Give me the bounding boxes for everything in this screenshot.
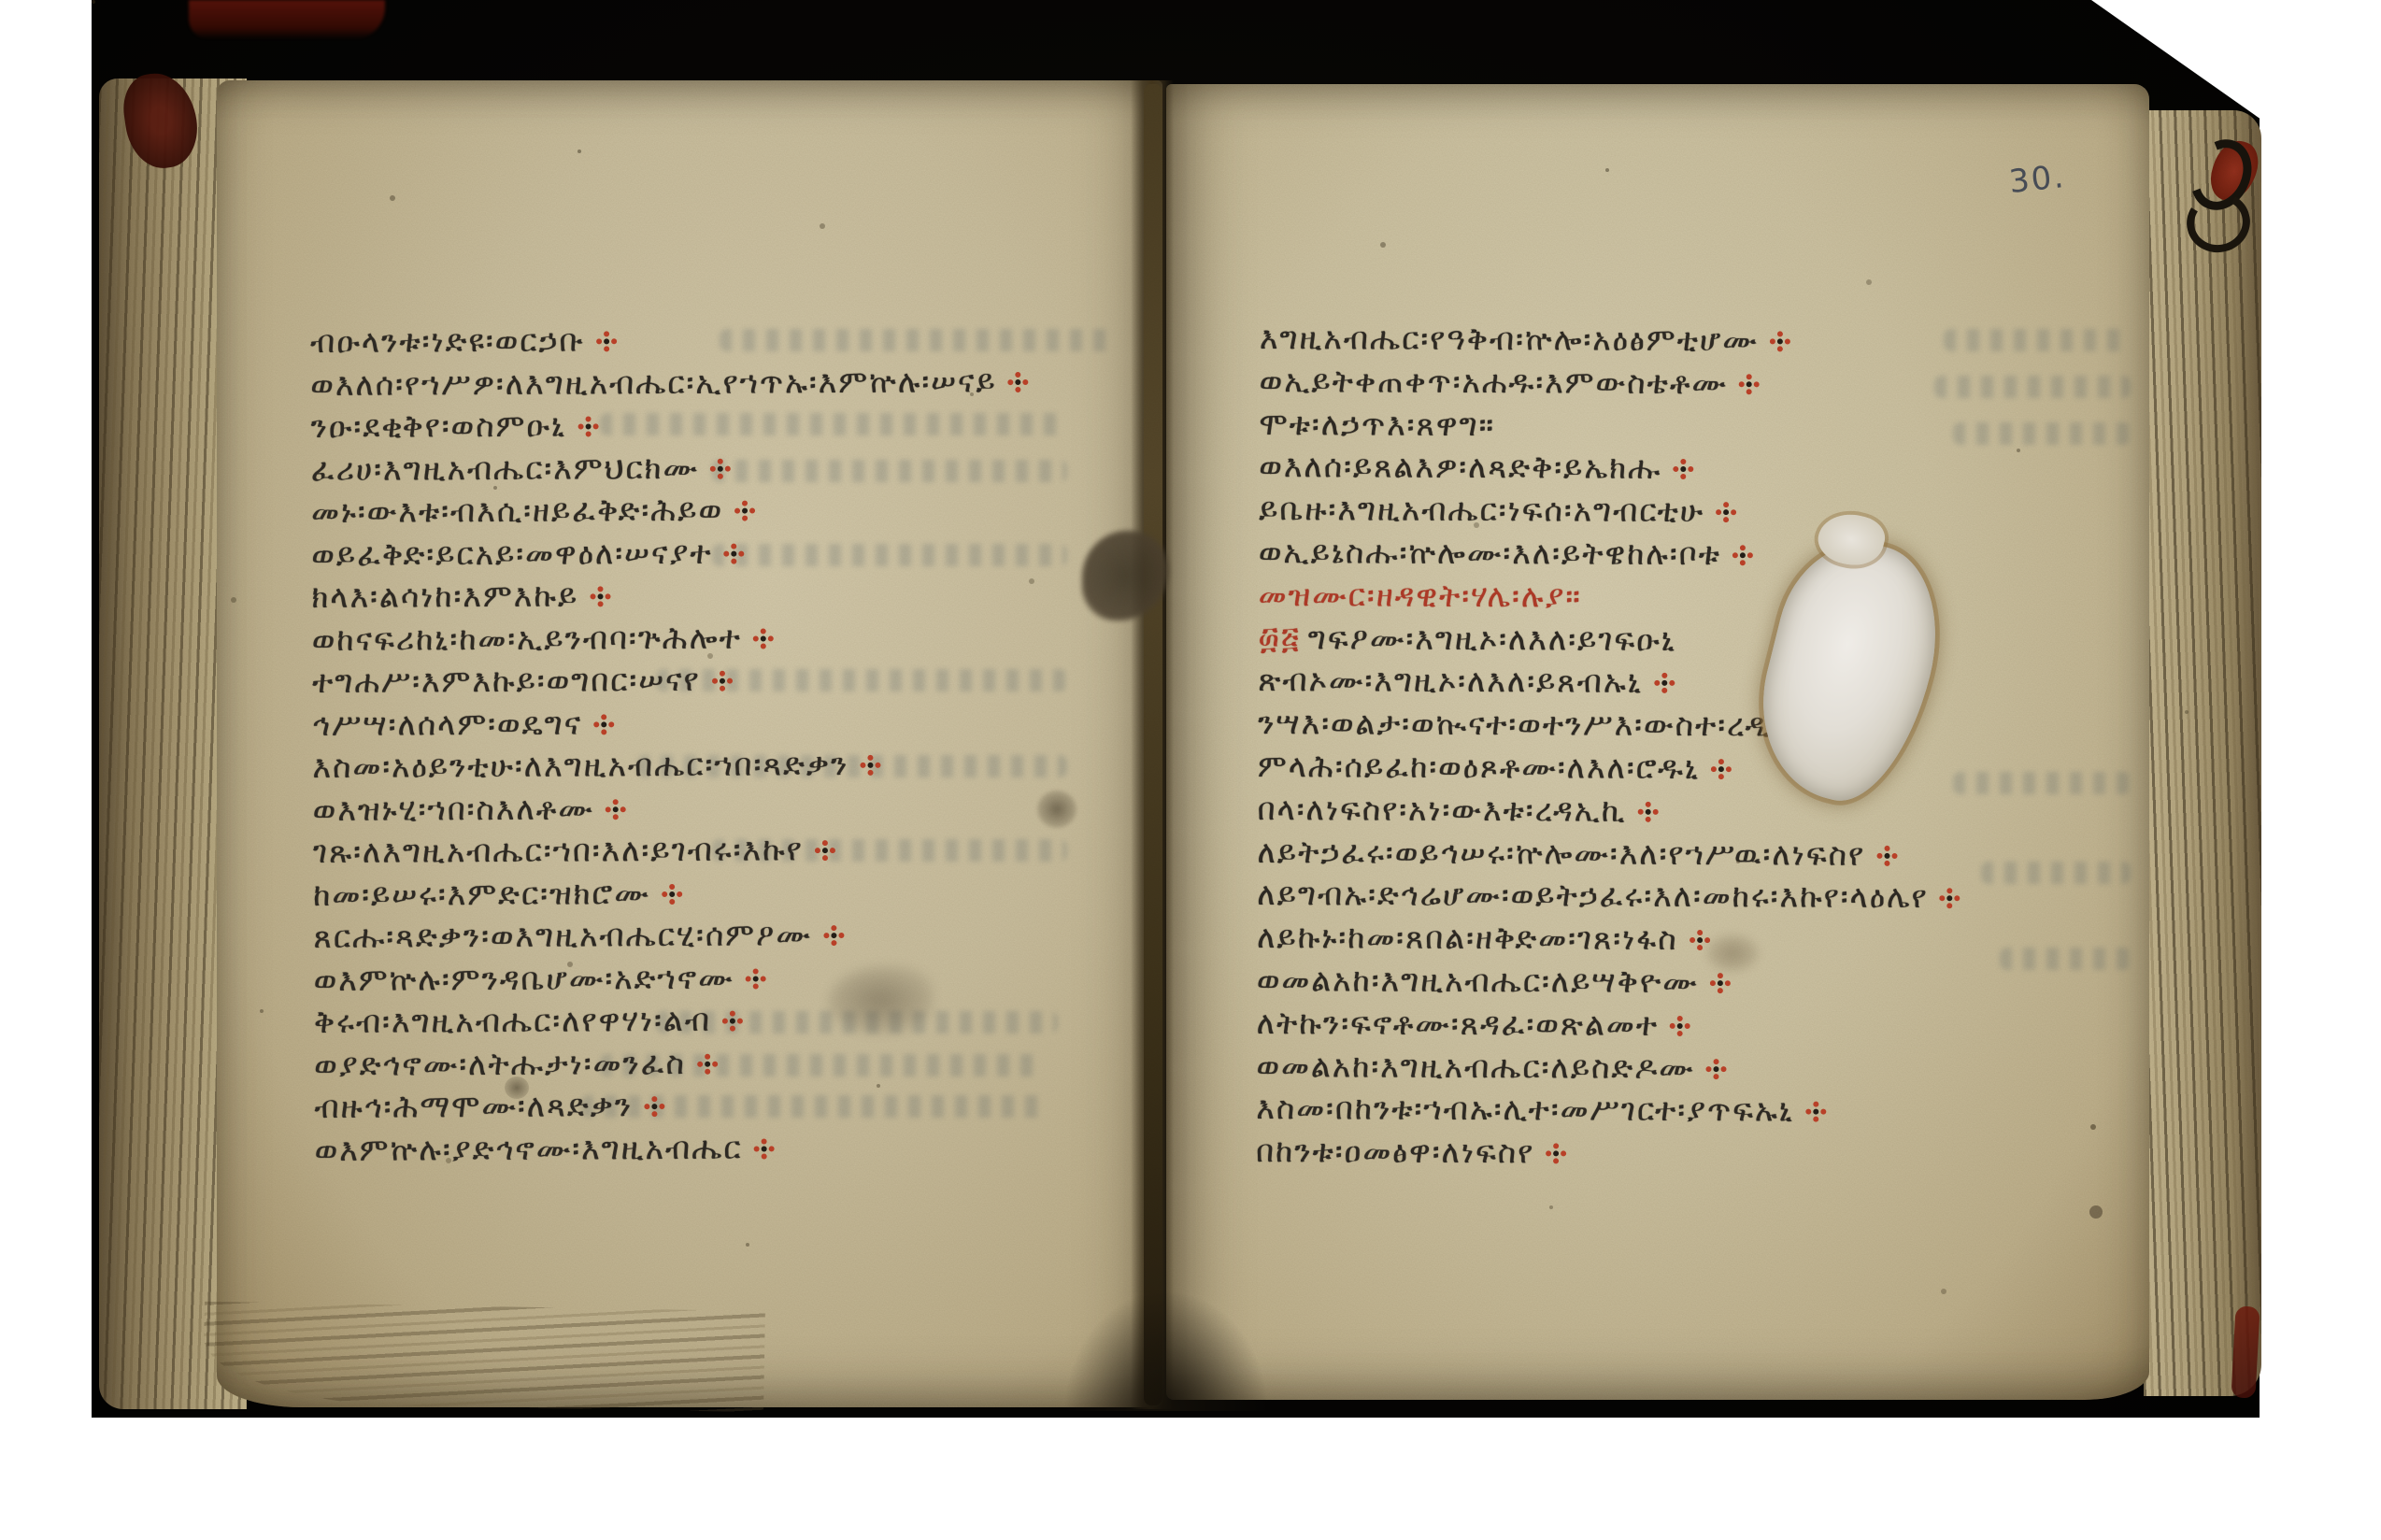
text-line: ወእዝኑሂ፡ኀበ፡ስእለቶሙ (313, 790, 626, 829)
photo-black-background: ብዑላንቱ፡ነድዩ፡ወርኃቡወእለሰ፡የኀሥዎ፡ለእግዚአብሔር፡ኢየኀጥኡ፡እ… (92, 0, 2260, 1418)
text-line: ወእምኵሉ፡ምንዳቤሆሙ፡አድኀኖሙ (314, 959, 766, 999)
text-line: መዝሙር፡ዘዳዊት፡ሃሌ፡ሉያ። (1259, 577, 1582, 616)
book-gutter-core (1144, 84, 1162, 1405)
text-line: ፈሪሀ፡እግዚአብሔር፡እምህርክሙ (311, 449, 731, 489)
stain-spot (505, 1077, 529, 1099)
text-line: ወመልአከ፡እግዚአብሔር፡ለይሣቅዮሙ (1257, 962, 1731, 1001)
text-line: ለትኩን፡ፍኖቶሙ፡ጸዳፈ፡ወጽልመተ (1257, 1005, 1690, 1044)
section-mark-icon (593, 713, 614, 734)
section-mark-icon (1673, 458, 1693, 478)
line-text: ምላሕ፡ሰይፈከ፡ወዕጾቶሙ፡ለእለ፡ሮዱኒ (1258, 748, 1700, 786)
text-line: ይቤዙ፡እግዚአብሔር፡ነፍሰ፡አግብርቲሁ (1259, 491, 1736, 530)
line-text: ፈሪሀ፡እግዚአብሔር፡እምህርክሙ (311, 449, 699, 488)
line-text: ወይፈቅድ፡ይርአይ፡መዋዕለ፡ሠናያተ (311, 535, 713, 573)
line-text: መዝሙር፡ዘዳዊት፡ሃሌ፡ሉያ። (1259, 577, 1582, 615)
section-mark-icon (1638, 801, 1659, 821)
section-mark-icon (1876, 845, 1897, 865)
section-mark-icon (1770, 330, 1790, 350)
left-page (217, 80, 1162, 1407)
text-line: በላ፡ለነፍስየ፡አነ፡ውእቱ፡ረዳኢኪ (1258, 791, 1659, 830)
text-line: ብዙኅ፡ሕማሞሙ፡ለጻድቃን (314, 1087, 664, 1126)
text-line: ንዑ፡ደቂቅየ፡ወስምዑኒ (310, 406, 598, 446)
section-mark-icon (596, 330, 617, 350)
line-text: ግፍዖሙ፡እግዚኦ፡ለእለ፡ይገፍዑኒ (1308, 620, 1676, 658)
text-line: ከመ፡ይሠሩ፡እምድር፡ዝክሮሙ (313, 875, 682, 914)
line-text: ወእምኵሉ፡ምንዳቤሆሙ፡አድኀኖሙ (314, 960, 734, 998)
line-text: ወከናፍሪከኒ፡ከመ፡ኢይንብባ፡ጕሕሎተ (312, 620, 742, 658)
section-mark-icon (1940, 887, 1960, 907)
line-text: ብዑላንቱ፡ነድዩ፡ወርኃቡ (310, 321, 585, 360)
line-text: ለትኩን፡ፍኖቶሙ፡ጸዳፈ፡ወጽልመተ (1257, 1005, 1659, 1043)
section-mark-icon (860, 754, 880, 775)
line-text: ጸርሑ፡ጻድቃን፡ወእግዚአብሔርሂ፡ሰምዖሙ (313, 916, 812, 955)
section-mark-icon (815, 839, 835, 860)
bleed-through-text (2000, 948, 2131, 970)
line-text: ለይትኃፈሩ፡ወይኅሠሩ፡ኵሎሙ፡እለ፡የኀሥዉ፡ለነፍስየ (1257, 834, 1865, 873)
book-gutter-shadow (1063, 1290, 1269, 1411)
section-mark-icon (734, 500, 755, 520)
stain-spot (1037, 791, 1076, 828)
line-text: ለይግብኡ፡ድኅሬሆሙ፡ወይትኃፈሩ፡እለ፡መከሩ፡እኩየ፡ላዕሌየ (1257, 876, 1929, 915)
text-line: ወእምኵሉ፡ያድኅኖሙ፡እግዚአብሔር (315, 1129, 775, 1169)
line-text: ወእምኵሉ፡ያድኅኖሙ፡እግዚአብሔር (315, 1130, 743, 1168)
line-text: ወመልአከ፡እግዚአብሔር፡ለይስድዶሙ (1256, 1048, 1694, 1086)
line-text: ቅሩብ፡እግዚአብሔር፡ለየዋሃነ፡ልብ (314, 1002, 711, 1040)
paper-specks (92, 0, 95, 4)
text-line: ሞቱ፡ለኃጥእ፡ጸዋግ። (1259, 406, 1495, 444)
line-text: ይቤዙ፡እግዚአብሔር፡ነፍሰ፡አግብርቲሁ (1259, 491, 1704, 529)
section-mark-icon (697, 1053, 718, 1074)
line-text: ብዙኅ፡ሕማሞሙ፡ለጻድቃን (314, 1087, 633, 1125)
section-mark-icon (606, 798, 626, 819)
line-text: መኑ፡ውእቱ፡ብእሲ፡ዘይፈቅድ፡ሕይወ (311, 492, 723, 530)
bleed-through-text (1934, 376, 2131, 398)
line-text: በከንቱ፡ዐመፅዋ፡ለነፍስየ (1256, 1133, 1534, 1170)
line-text: ንሣእ፡ወልታ፡ወኲናተ፡ወተንሥእ፡ውስተ፡ረዲኦትየ (1258, 705, 1831, 744)
bleed-through-text (600, 413, 1067, 435)
text-line: ክላእ፡ልሳነከ፡እምእኩይ (311, 577, 610, 616)
section-mark-icon (662, 883, 682, 904)
text-line: መኑ፡ውእቱ፡ብእሲ፡ዘይፈቅድ፡ሕይወ (311, 492, 755, 531)
section-mark-icon (1739, 373, 1760, 393)
section-mark-icon (823, 924, 844, 945)
text-line: ገጹ፡ለእግዚአብሔር፡ኀበ፡እለ፡ይገብሩ፡እኩየ (313, 831, 835, 871)
line-text: እስመ፡በከንቱ፡ኀብኡ፡ሊተ፡መሥገርተ፡ያጥፍኡኒ (1256, 1090, 1794, 1129)
section-mark-icon (644, 1095, 664, 1116)
section-mark-icon (753, 627, 774, 648)
section-mark-icon (724, 543, 745, 563)
line-text: እግዚአብሔር፡የዓቅብ፡ኵሎ፡አዕፅምቲሆሙ (1260, 320, 1759, 358)
bleed-through-text (1981, 862, 2131, 884)
line-text: ጽብኦሙ፡እግዚኦ፡ለእለ፡ይጸብኡኒ (1258, 662, 1643, 700)
bleed-through-text (712, 544, 1067, 566)
section-mark-icon (722, 1010, 743, 1031)
bleed-through-text (1944, 329, 2131, 351)
line-text: ንዑ፡ደቂቅየ፡ወስምዑኒ (310, 407, 566, 445)
text-line: ለይኩኑ፡ከመ፡ጸበል፡ዘቅድመ፡ገጸ፡ነፋስ (1257, 919, 1710, 958)
section-mark-icon (1805, 1101, 1826, 1121)
right-page-edge-stack (2144, 110, 2261, 1396)
line-text: ወያድኅኖሙ፡ለትሑታነ፡መንፈስ (314, 1045, 686, 1083)
section-mark-icon (1670, 1015, 1690, 1035)
bleed-through-text (720, 329, 1112, 351)
text-line: ወእለሰ፡ይጸልእዎ፡ለጻድቅ፡ይኤክሑ (1259, 448, 1693, 487)
section-mark-icon (746, 967, 766, 988)
section-mark-icon (590, 585, 610, 606)
text-line: ወይፈቅድ፡ይርአይ፡መዋዕለ፡ሠናያተ (311, 535, 745, 574)
text-line: ጸርሑ፡ጻድቃን፡ወእግዚአብሔርሂ፡ሰምዖሙ (313, 916, 844, 956)
line-text: ኅሥሣ፡ለሰላም፡ወዴግና (312, 705, 582, 743)
line-text: ሞቱ፡ለኃጥእ፡ጸዋግ። (1259, 406, 1495, 443)
text-line: ተግሐሥ፡እምእኩይ፡ወግበር፡ሠናየ (312, 662, 733, 701)
text-line: እስመ፡አዕይንቲሁ፡ለእግዚአብሔር፡ኀበ፡ጻድቃን (312, 746, 880, 786)
red-smear-top-edge (189, 0, 385, 39)
text-line: በከንቱ፡ዐመፅዋ፡ለነፍስየ (1256, 1133, 1566, 1171)
line-text: እስመ፡አዕይንቲሁ፡ለእግዚአብሔር፡ኀበ፡ጻድቃን (312, 746, 848, 785)
line-text: ወኢይትቀጠቀጥ፡አሐዱ፡እምውስቴቶሙ (1260, 363, 1728, 401)
binding-mark-bottom-right (2231, 1305, 2260, 1398)
text-line: ፴፭ግፍዖሙ፡እግዚኦ፡ለእለ፡ይገፍዑኒ (1258, 620, 1676, 659)
section-mark-icon (577, 415, 598, 435)
text-line: ለይትኃፈሩ፡ወይኅሠሩ፡ኵሎሙ፡እለ፡የኀሥዉ፡ለነፍስየ (1257, 834, 1897, 874)
section-mark-icon (1690, 929, 1710, 949)
text-line: ብዑላንቱ፡ነድዩ፡ወርኃቡ (310, 321, 617, 361)
bleed-through-text (1953, 772, 2131, 794)
text-line: ምላሕ፡ሰይፈከ፡ወዕጾቶሙ፡ለእለ፡ሮዱኒ (1258, 748, 1732, 787)
smudge (1706, 934, 1759, 972)
line-text: ገጹ፡ለእግዚአብሔር፡ኀበ፡እለ፡ይገብሩ፡እኩየ (313, 831, 804, 870)
text-line: ቅሩብ፡እግዚአብሔር፡ለየዋሃነ፡ልብ (314, 1002, 743, 1041)
folio-number: 30. (2007, 158, 2067, 201)
section-mark-icon (1654, 672, 1675, 692)
text-line: ወከናፍሪከኒ፡ከመ፡ኢይንብባ፡ጕሕሎተ (312, 619, 774, 659)
line-text: ወኢይኔስሑ፡ኵሎሙ፡እለ፡ይትዌከሉ፡ቦቱ (1259, 534, 1721, 572)
line-text: ወመልአከ፡እግዚአብሔር፡ለይሣቅዮሙ (1257, 962, 1699, 1000)
section-mark-icon (1706, 1058, 1727, 1078)
text-line: እግዚአብሔር፡የዓቅብ፡ኵሎ፡አዕፅምቲሆሙ (1260, 320, 1790, 359)
line-text: ከመ፡ይሠሩ፡እምድር፡ዝክሮሙ (313, 875, 650, 913)
section-mark-icon (1711, 758, 1732, 778)
line-text: ክላእ፡ልሳነከ፡እምእኩይ (311, 577, 578, 615)
smudge (828, 966, 933, 1034)
text-line: ወኢይትቀጠቀጥ፡አሐዱ፡እምውስቴቶሙ (1260, 363, 1760, 402)
binding-tie-top-right (2187, 131, 2252, 258)
line-text: ለይኩኑ፡ከመ፡ጸበል፡ዘቅድመ፡ገጸ፡ነፋስ (1257, 919, 1678, 957)
section-mark-icon (712, 670, 733, 691)
section-mark-icon (1710, 972, 1731, 992)
text-line: ለይግብኡ፡ድኅሬሆሙ፡ወይትኃፈሩ፡እለ፡መከሩ፡እኩየ፡ላዕሌየ (1257, 876, 1960, 916)
text-line: ወመልአከ፡እግዚአብሔር፡ለይስድዶሙ (1256, 1048, 1726, 1087)
text-line: ወእለሰ፡የኀሥዎ፡ለእግዚአብሔር፡ኢየኀጥኡ፡እምኵሉ፡ሠናይ (310, 363, 1029, 404)
line-text: ተግሐሥ፡እምእኩይ፡ወግበር፡ሠናየ (312, 662, 701, 700)
section-mark-icon (710, 458, 731, 478)
section-mark-icon (1008, 371, 1029, 392)
line-text: ወእለሰ፡ይጸልእዎ፡ለጻድቅ፡ይኤክሑ (1259, 448, 1661, 486)
section-mark-icon (1716, 501, 1736, 521)
line-text: ወእዝኑሂ፡ኀበ፡ስእለቶሙ (313, 790, 594, 828)
text-line: ጽብኦሙ፡እግዚኦ፡ለእለ፡ይጸብኡኒ (1258, 662, 1675, 701)
line-text: ወእለሰ፡የኀሥዎ፡ለእግዚአብሔር፡ኢየኀጥኡ፡እምኵሉ፡ሠናይ (310, 363, 997, 403)
section-mark-icon (753, 1137, 774, 1158)
bleed-through-text (1953, 422, 2131, 445)
section-mark-icon (1546, 1142, 1566, 1162)
psalm-number: ፴፭ (1258, 620, 1300, 656)
text-line: ወኢይኔስሑ፡ኵሎሙ፡እለ፡ይትዌከሉ፡ቦቱ (1259, 534, 1753, 573)
stain-spot (2089, 1205, 2103, 1219)
text-line: ኅሥሣ፡ለሰላም፡ወዴግና (312, 705, 614, 744)
section-mark-icon (1732, 544, 1753, 564)
bleed-through-text (712, 460, 1067, 482)
line-text: በላ፡ለነፍስየ፡አነ፡ውእቱ፡ረዳኢኪ (1258, 791, 1627, 829)
text-line: እስመ፡በከንቱ፡ኀብኡ፡ሊተ፡መሥገርተ፡ያጥፍኡኒ (1256, 1090, 1826, 1130)
manuscript-photo-screenshot: ብዑላንቱ፡ነድዩ፡ወርኃቡወእለሰ፡የኀሥዎ፡ለእግዚአብሔር፡ኢየኀጥኡ፡እ… (0, 0, 2381, 1540)
